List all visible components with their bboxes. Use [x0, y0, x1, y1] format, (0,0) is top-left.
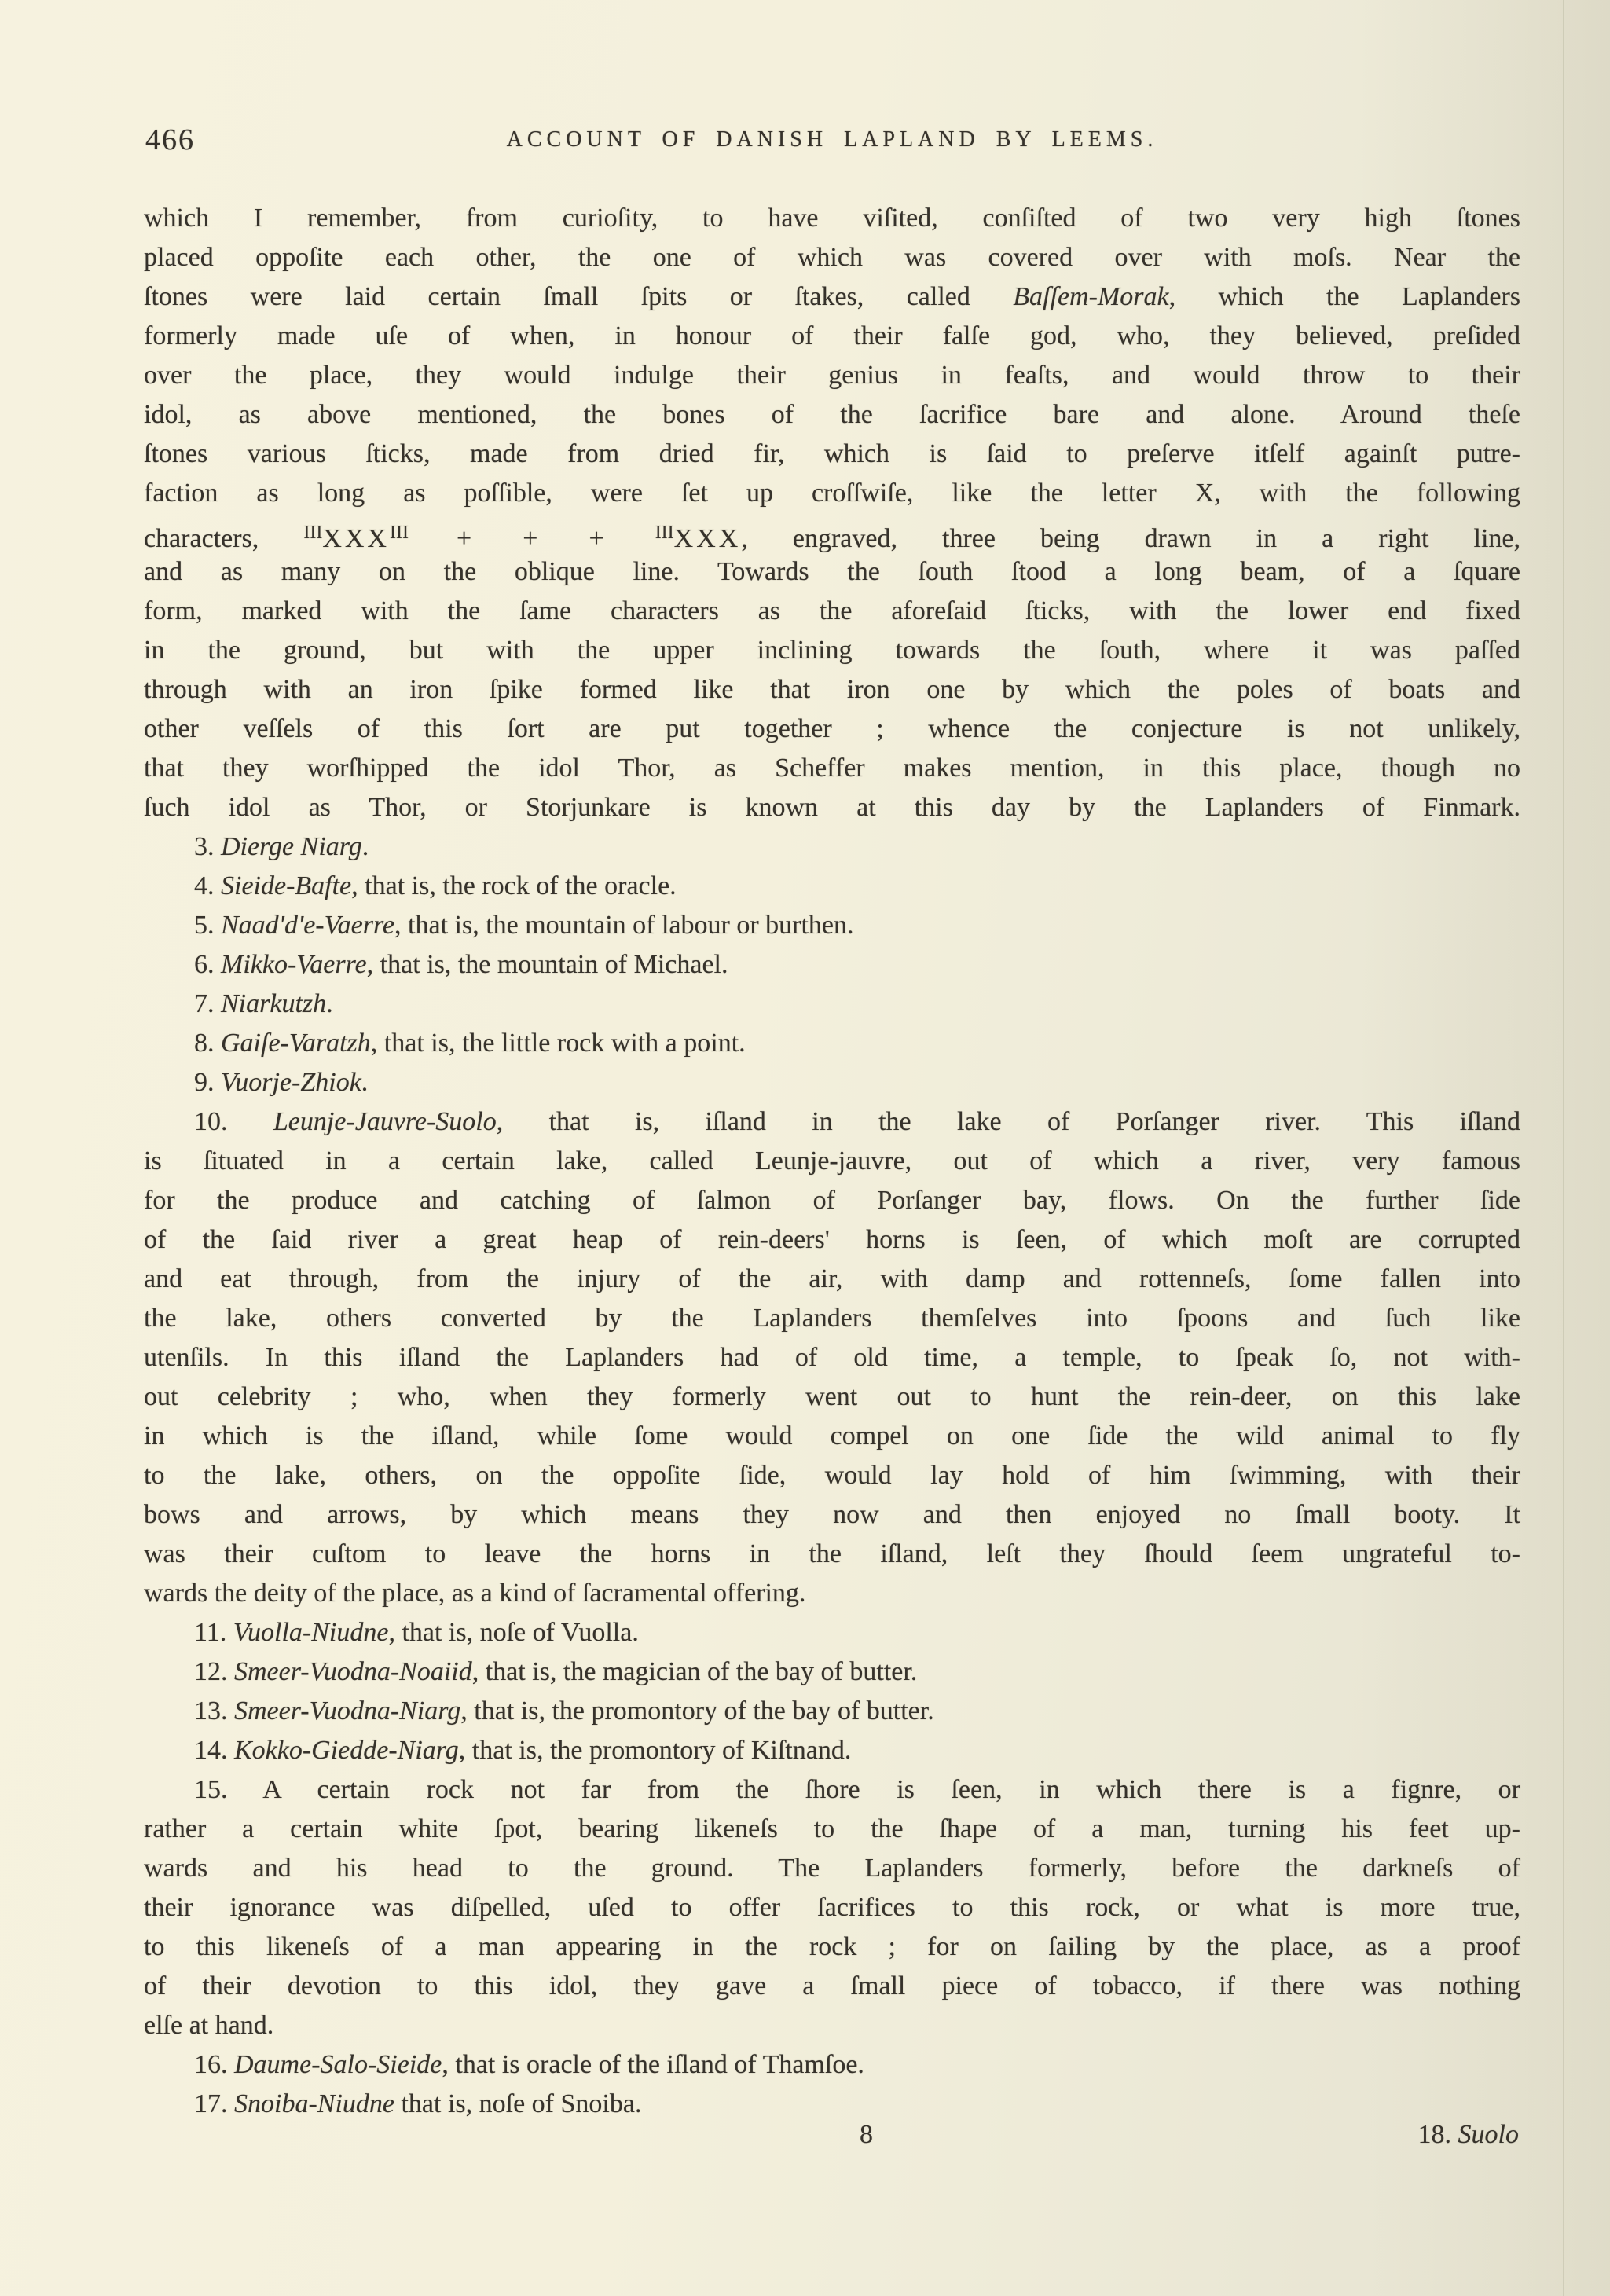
italic-text: Sieide-Bafte: [221, 871, 351, 900]
text-line: their ignorance was diſpelled, uſed to o…: [144, 1888, 1520, 1927]
body-text: , that is, the rock of the oracle.: [351, 871, 677, 900]
italic-text: Naad'd'e-Vaerre: [221, 911, 394, 940]
body-text: .: [361, 1068, 369, 1097]
text-line: was their cuſtom to leave the horns in t…: [144, 1535, 1520, 1574]
body-text: rather a certain white ſpot, bearing lik…: [144, 1814, 1520, 1843]
body-text: 11.: [194, 1618, 233, 1647]
body-text: , that is, noſe of Vuolla.: [388, 1618, 638, 1647]
body-text: in which is the iſland, while ſome would…: [144, 1421, 1520, 1451]
body-text: , that is, the mountain of Michael.: [367, 950, 728, 979]
text-line: and eat through, from the injury of the …: [144, 1260, 1520, 1299]
body-text: , that is, the little rock with a point.: [371, 1029, 746, 1058]
body-text: elſe at hand.: [144, 2011, 273, 2040]
text-line: is ſituated in a certain lake, called Le…: [144, 1142, 1520, 1181]
body-text: , engraved, three being drawn in a right…: [741, 524, 1520, 553]
catchword: 18. Suolo: [1418, 2120, 1519, 2150]
text-line: 14. Kokko-Giedde-Niarg, that is, the pro…: [144, 1731, 1520, 1770]
italic-text: Daume-Salo-Sieide: [234, 2050, 442, 2079]
italic-text: Leunje-Jauvre-Suolo: [273, 1107, 497, 1136]
italic-text: Baſſem-Morak: [1013, 282, 1168, 311]
body-text: characters,: [144, 524, 303, 553]
body-text: wards and his head to the ground. The La…: [144, 1854, 1520, 1883]
body-text: 3.: [194, 832, 221, 861]
inscription-superscript: III: [655, 523, 674, 543]
body-text: , that is, the promontory of the bay of …: [460, 1696, 933, 1726]
text-line: formerly made uſe of when, in honour of …: [144, 317, 1520, 356]
text-line: 4. Sieide-Bafte, that is, the rock of th…: [144, 867, 1520, 906]
text-line: ſtones were laid certain ſmall ſpits or …: [144, 277, 1520, 317]
body-text: ſuch idol as Thor, or Storjunkare is kno…: [144, 793, 1520, 822]
text-line: faction as long as poſſible, were ſet up…: [144, 474, 1520, 513]
catchword-word: Suolo: [1458, 2120, 1519, 2149]
body-text: 16.: [194, 2050, 234, 2079]
body-text: that is, noſe of Snoiba.: [394, 2089, 641, 2118]
text-line: in which is the iſland, while ſome would…: [144, 1417, 1520, 1456]
text-line: bows and arrows, by which means they now…: [144, 1495, 1520, 1535]
italic-text: Smeer-Vuodna-Noaiid: [234, 1657, 472, 1686]
body-text: 8.: [194, 1029, 221, 1058]
text-line: 13. Smeer-Vuodna-Niarg, that is, the pro…: [144, 1692, 1520, 1731]
text-line: elſe at hand.: [144, 2006, 1520, 2045]
body-text: utenſils. In this iſland the Laplanders …: [144, 1343, 1520, 1372]
italic-text: Smeer-Vuodna-Niarg: [234, 1696, 460, 1726]
page-edge-line: [1563, 0, 1564, 2296]
body-text: other veſſels of this ſort are put toget…: [144, 714, 1520, 743]
text-line: placed oppoſite each other, the one of w…: [144, 238, 1520, 277]
body-text: ſtones were laid certain ſmall ſpits or …: [144, 282, 1013, 311]
text-line: and as many on the oblique line. Towards…: [144, 552, 1520, 592]
text-line: that they worſhipped the idol Thor, as S…: [144, 749, 1520, 788]
body-text: of their devotion to this idol, they gav…: [144, 1971, 1520, 2001]
text-line: through with an iron ſpike formed like t…: [144, 670, 1520, 710]
body-text: 7.: [194, 989, 221, 1018]
book-page: 466 ACCOUNT OF DANISH LAPLAND BY LEEMS. …: [0, 0, 1610, 2296]
body-text: 14.: [194, 1736, 234, 1765]
italic-text: Snoiba-Niudne: [234, 2089, 394, 2118]
text-line: ſtones various ſticks, made from dried f…: [144, 435, 1520, 474]
text-line: the lake, others converted by the Laplan…: [144, 1299, 1520, 1338]
body-text: .: [362, 832, 369, 861]
text-line: 11. Vuolla-Niudne, that is, noſe of Vuol…: [144, 1613, 1520, 1652]
body-text: , which the Laplanders: [1169, 282, 1520, 311]
body-text: ſtones various ſticks, made from dried f…: [144, 439, 1520, 468]
text-line: out celebrity ; who, when they formerly …: [144, 1377, 1520, 1417]
text-line: for the produce and catching of ſalmon o…: [144, 1181, 1520, 1220]
text-line: 10. Leunje-Jauvre-Suolo, that is, iſland…: [144, 1102, 1520, 1142]
body-text: faction as long as poſſible, were ſet up…: [144, 479, 1520, 508]
text-line: other veſſels of this ſort are put toget…: [144, 710, 1520, 749]
body-text: XXX: [322, 524, 390, 553]
body-text: 10.: [194, 1107, 273, 1136]
page-header: 466 ACCOUNT OF DANISH LAPLAND BY LEEMS.: [144, 123, 1520, 165]
text-line: idol, as above mentioned, the bones of t…: [144, 395, 1520, 435]
inscription-superscript: III: [303, 523, 322, 543]
body-text: , that is, the promontory of Kiſtnand.: [459, 1736, 852, 1765]
body-text: placed oppoſite each other, the one of w…: [144, 243, 1520, 272]
text-line: rather a certain white ſpot, bearing lik…: [144, 1810, 1520, 1849]
text-line: of their devotion to this idol, they gav…: [144, 1967, 1520, 2006]
body-text: for the produce and catching of ſalmon o…: [144, 1186, 1520, 1215]
text-line: over the place, they would indulge their…: [144, 356, 1520, 395]
text-line: to this likeneſs of a man appearing in t…: [144, 1927, 1520, 1967]
body-text: and as many on the oblique line. Towards…: [144, 557, 1520, 586]
body-text: to this likeneſs of a man appearing in t…: [144, 1932, 1520, 1961]
text-line: 7. Niarkutzh.: [144, 985, 1520, 1024]
body-text: + + +: [409, 524, 655, 553]
body-text: through with an iron ſpike formed like t…: [144, 675, 1520, 704]
body-text: and eat through, from the injury of the …: [144, 1264, 1520, 1293]
body-text: which I remember, from curioſity, to hav…: [144, 204, 1520, 233]
text-line: which I remember, from curioſity, to hav…: [144, 199, 1520, 238]
text-line: to the lake, others, on the oppoſite ſid…: [144, 1456, 1520, 1495]
body-text: bows and arrows, by which means they now…: [144, 1500, 1520, 1529]
body-text: XXX: [674, 524, 742, 553]
body-text: 4.: [194, 871, 221, 900]
text-line: 16. Daume-Salo-Sieide, that is oracle of…: [144, 2045, 1520, 2085]
body-text: wards the deity of the place, as a kind …: [144, 1579, 805, 1608]
page-body: which I remember, from curioſity, to hav…: [144, 199, 1520, 2124]
body-text: to the lake, others, on the oppoſite ſid…: [144, 1461, 1520, 1490]
body-text: , that is, the magician of the bay of bu…: [472, 1657, 918, 1686]
italic-text: Vuorje-Zhiok: [221, 1068, 361, 1097]
text-line: ſuch idol as Thor, or Storjunkare is kno…: [144, 788, 1520, 827]
text-line: form, marked with the ſame characters as…: [144, 592, 1520, 631]
italic-text: Gaiſe-Varatzh: [221, 1029, 371, 1058]
body-text: out celebrity ; who, when they formerly …: [144, 1382, 1520, 1411]
text-line: characters, IIIXXXIII + + + IIIXXX, engr…: [144, 513, 1520, 552]
body-text: was their cuſtom to leave the horns in t…: [144, 1539, 1520, 1568]
italic-text: Vuolla-Niudne: [233, 1618, 389, 1647]
body-text: , that is oracle of the iſland of Thamſo…: [442, 2050, 864, 2079]
text-line: wards and his head to the ground. The La…: [144, 1849, 1520, 1888]
text-line: 8. Gaiſe-Varatzh, that is, the little ro…: [144, 1024, 1520, 1063]
body-text: , that is, the mountain of labour or bur…: [394, 911, 854, 940]
body-text: 9.: [194, 1068, 221, 1097]
body-text: idol, as above mentioned, the bones of t…: [144, 400, 1520, 429]
catchword-number: 18.: [1418, 2120, 1458, 2149]
running-header: ACCOUNT OF DANISH LAPLAND BY LEEMS.: [144, 127, 1520, 152]
italic-text: Kokko-Giedde-Niarg: [234, 1736, 459, 1765]
text-line: of the ſaid river a great heap of rein-d…: [144, 1220, 1520, 1260]
body-text: over the place, they would indulge their…: [144, 361, 1520, 390]
body-text: of the ſaid river a great heap of rein-d…: [144, 1225, 1520, 1254]
inscription-superscript: III: [390, 523, 409, 543]
text-line: in the ground, but with the upper inclin…: [144, 631, 1520, 670]
signature-mark: 8: [860, 2120, 873, 2150]
body-text: 15. A certain rock not far from the ſhor…: [194, 1775, 1520, 1804]
italic-text: Dierge Niarg: [221, 832, 362, 861]
body-text: their ignorance was diſpelled, uſed to o…: [144, 1893, 1520, 1922]
page-footer: 8 18. Suolo: [144, 2120, 1520, 2161]
text-line: wards the deity of the place, as a kind …: [144, 1574, 1520, 1613]
text-line: 12. Smeer-Vuodna-Noaiid, that is, the ma…: [144, 1652, 1520, 1692]
text-line: utenſils. In this iſland the Laplanders …: [144, 1338, 1520, 1377]
italic-text: Mikko-Vaerre: [221, 950, 367, 979]
text-line: 3. Dierge Niarg.: [144, 827, 1520, 867]
body-text: .: [326, 989, 333, 1018]
text-line: 9. Vuorje-Zhiok.: [144, 1063, 1520, 1102]
text-line: 15. A certain rock not far from the ſhor…: [144, 1770, 1520, 1810]
text-line: 5. Naad'd'e-Vaerre, that is, the mountai…: [144, 906, 1520, 945]
body-text: 17.: [194, 2089, 234, 2118]
body-text: 5.: [194, 911, 221, 940]
body-text: the lake, others converted by the Laplan…: [144, 1304, 1520, 1333]
italic-text: Niarkutzh: [221, 989, 326, 1018]
body-text: 13.: [194, 1696, 234, 1726]
text-line: 6. Mikko-Vaerre, that is, the mountain o…: [144, 945, 1520, 985]
body-text: in the ground, but with the upper inclin…: [144, 636, 1520, 665]
body-text: is ſituated in a certain lake, called Le…: [144, 1146, 1520, 1176]
body-text: , that is, iſland in the lake of Porſang…: [497, 1107, 1520, 1136]
body-text: formerly made uſe of when, in honour of …: [144, 321, 1520, 350]
body-text: 6.: [194, 950, 221, 979]
body-text: 12.: [194, 1657, 234, 1686]
body-text: that they worſhipped the idol Thor, as S…: [144, 754, 1520, 783]
text-line: 17. Snoiba-Niudne that is, noſe of Snoib…: [144, 2085, 1520, 2124]
body-text: form, marked with the ſame characters as…: [144, 596, 1520, 625]
